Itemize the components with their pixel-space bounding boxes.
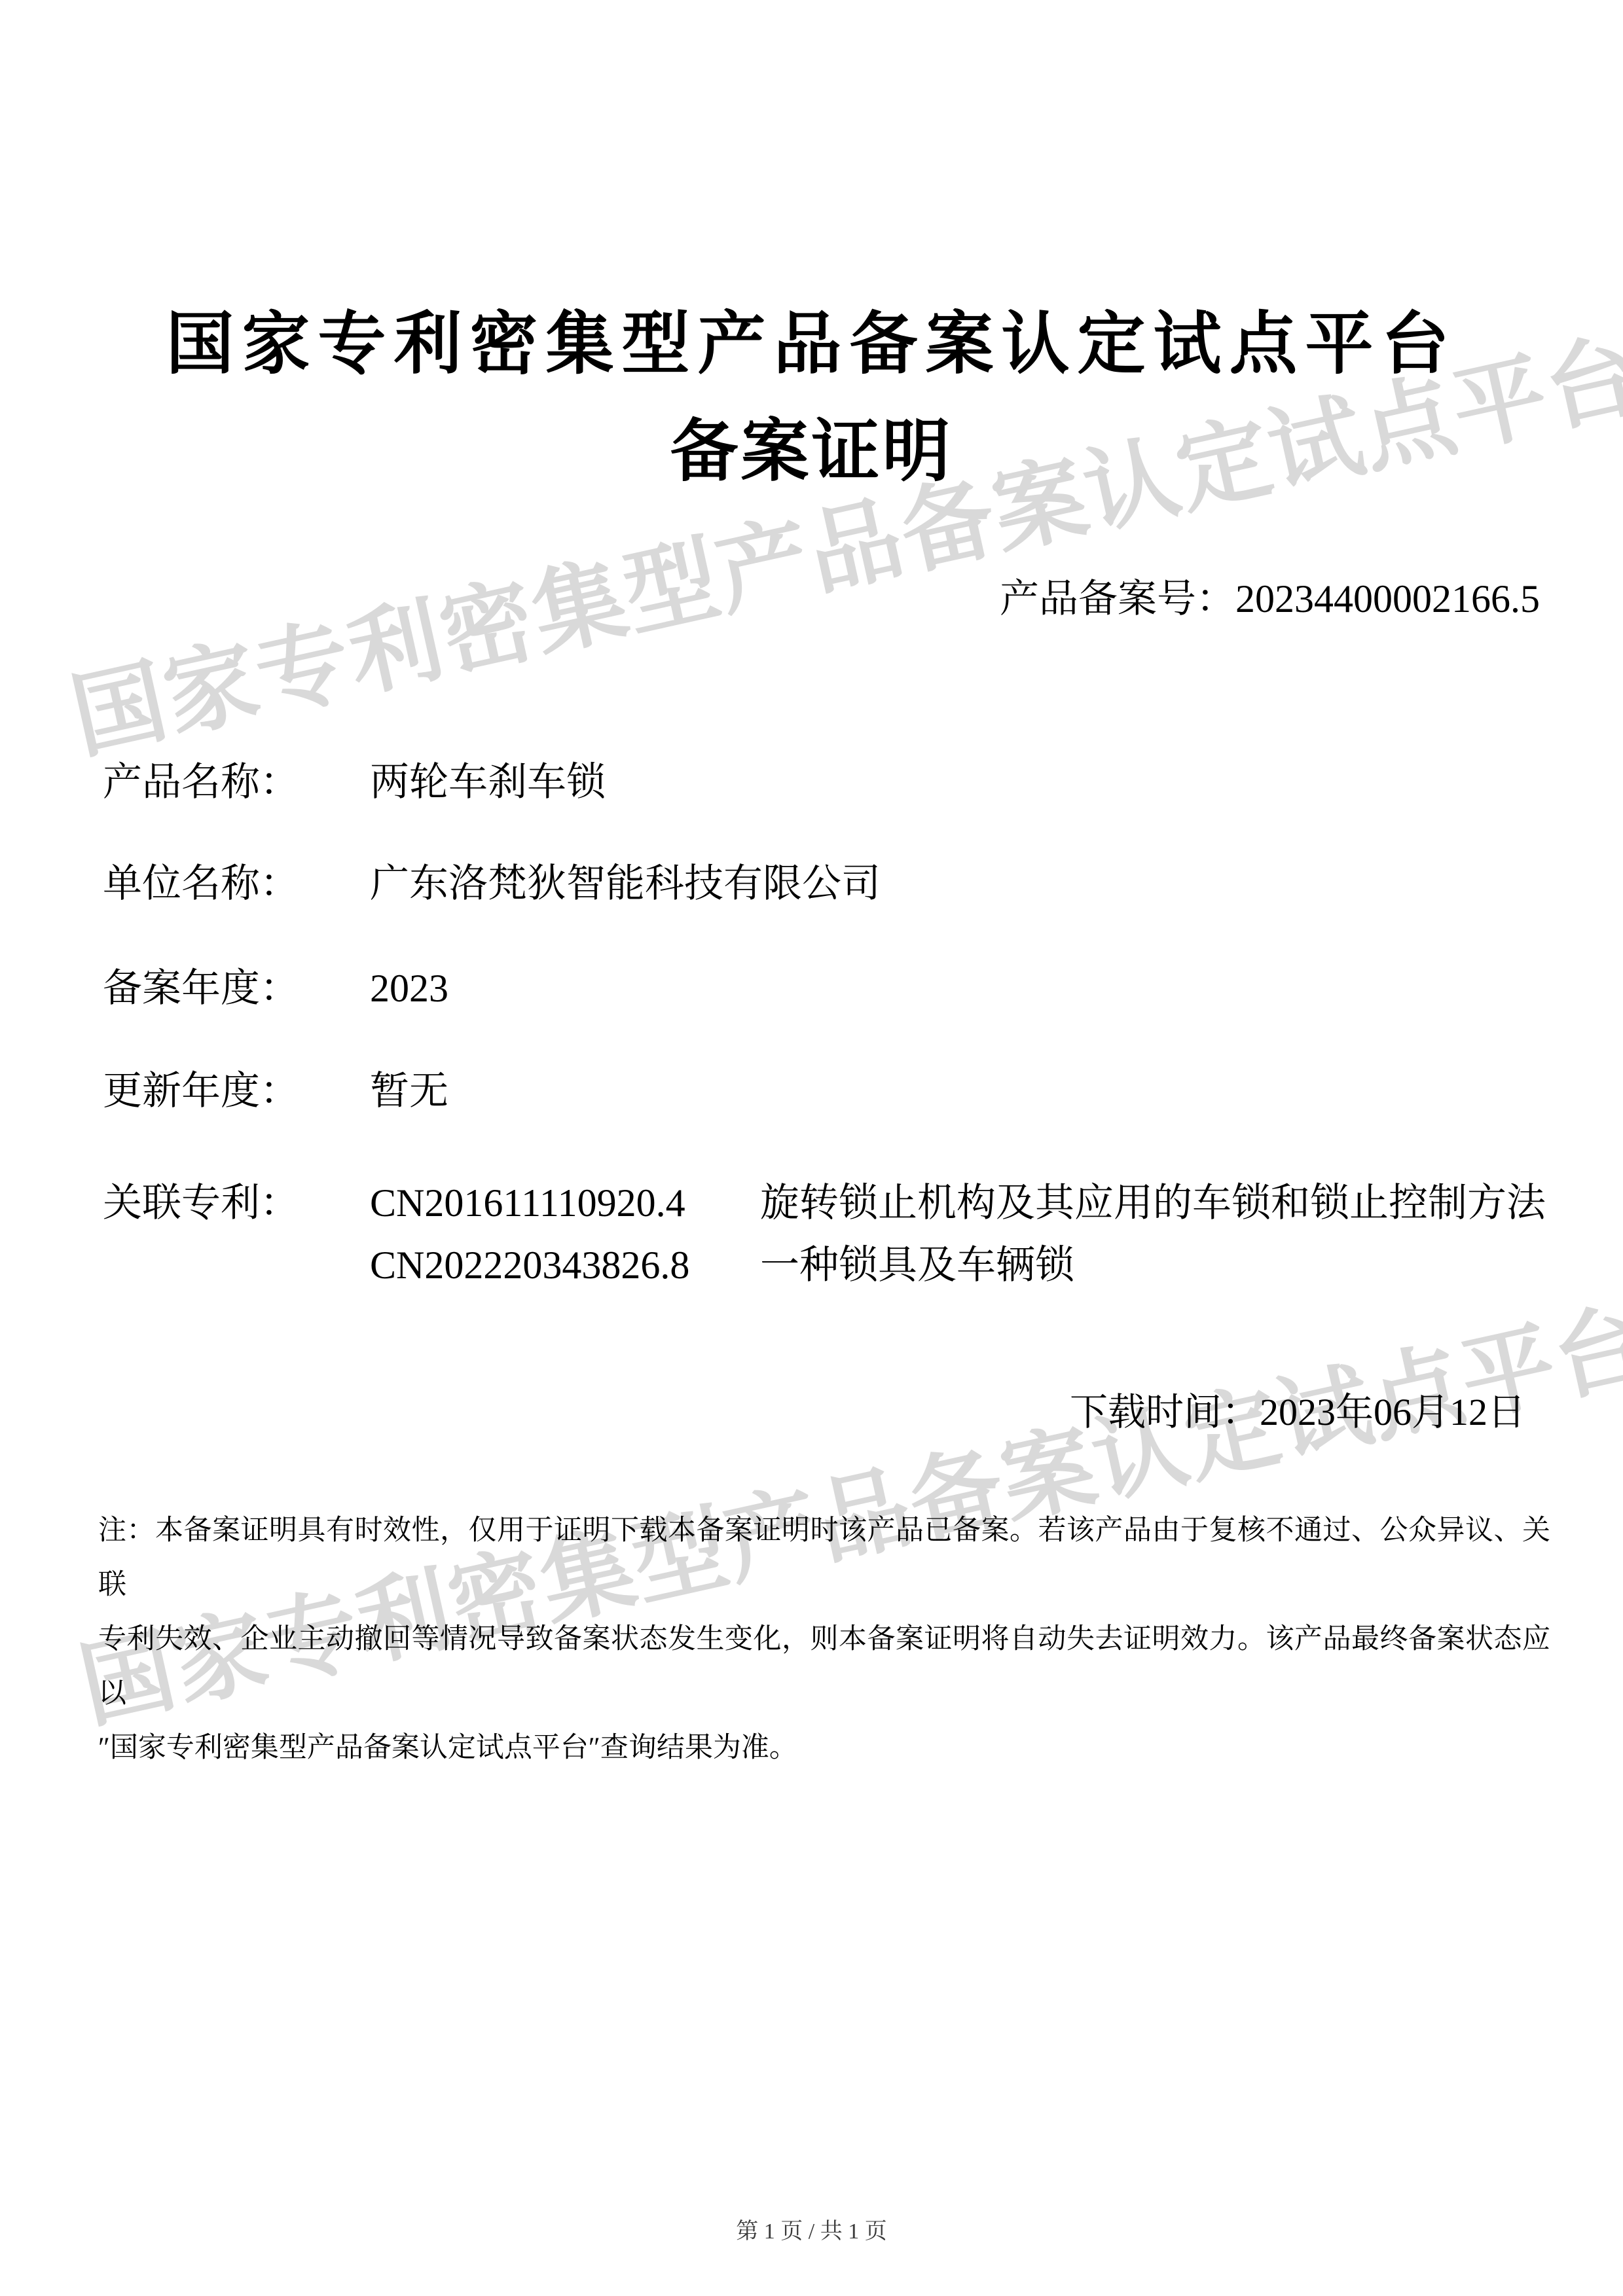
download-time-line: 下载时间：2023年06月12日 <box>1070 1393 1525 1432</box>
patent-row: 关联专利： CN201611110920.4 旋转锁止机构及其应用的车锁和锁止控… <box>103 1172 1546 1234</box>
filing-year-value: 2023 <box>370 967 448 1010</box>
patent-number: CN201611110920.4 <box>370 1172 760 1234</box>
document-title-certificate: 备案证明 <box>0 414 1623 491</box>
related-patents-label-spacer <box>103 1234 370 1297</box>
field-row-update-year: 更新年度： 暂无 <box>103 1069 448 1113</box>
update-year-label: 更新年度： <box>103 1069 370 1113</box>
document-content: 国家专利密集型产品备案认定试点平台 备案证明 产品备案号：20234400002… <box>0 0 1623 2296</box>
patent-title: 一种锁具及车辆锁 <box>760 1234 1074 1297</box>
field-row-filing-year: 备案年度： 2023 <box>103 967 448 1010</box>
patent-row: CN202220343826.8 一种锁具及车辆锁 <box>103 1234 1546 1297</box>
product-filing-number-line: 产品备案号：20234400002166.5 <box>1000 577 1540 620</box>
patent-title: 旋转锁止机构及其应用的车锁和锁止控制方法 <box>760 1172 1546 1234</box>
company-name-value: 广东洛梵狄智能科技有限公司 <box>370 862 881 905</box>
related-patents-section: 关联专利： CN201611110920.4 旋转锁止机构及其应用的车锁和锁止控… <box>103 1172 1546 1297</box>
certificate-page: 国家专利密集型产品备案认定试点平台国家专利密集型产品备案认定试点平台 国家专利密… <box>0 0 1623 2296</box>
document-title-platform: 国家专利密集型产品备案认定试点平台 <box>0 306 1623 384</box>
page-number-footer: 第 1 页 / 共 1 页 <box>0 2215 1623 2248</box>
related-patents-label: 关联专利： <box>103 1172 370 1234</box>
company-name-label: 单位名称： <box>103 862 370 905</box>
note-line-3: ″国家专利密集型产品备案认定试点平台″查询结果为准。 <box>98 1721 1550 1775</box>
field-row-product-name: 产品名称： 两轮车刹车锁 <box>103 761 606 804</box>
note-line-1: 注：本备案证明具有时效性，仅用于证明下载本备案证明时该产品已备案。若该产品由于复… <box>98 1503 1550 1612</box>
note-line-2: 专利失效、企业主动撤回等情况导致备案状态发生变化，则本备案证明将自动失去证明效力… <box>98 1612 1550 1721</box>
product-name-value: 两轮车刹车锁 <box>370 761 606 804</box>
filing-year-label: 备案年度： <box>103 967 370 1010</box>
product-name-label: 产品名称： <box>103 761 370 804</box>
patent-number: CN202220343826.8 <box>370 1234 760 1297</box>
update-year-value: 暂无 <box>370 1069 448 1113</box>
validity-note: 注：本备案证明具有时效性，仅用于证明下载本备案证明时该产品已备案。若该产品由于复… <box>98 1503 1550 1775</box>
field-row-company-name: 单位名称： 广东洛梵狄智能科技有限公司 <box>103 862 881 905</box>
